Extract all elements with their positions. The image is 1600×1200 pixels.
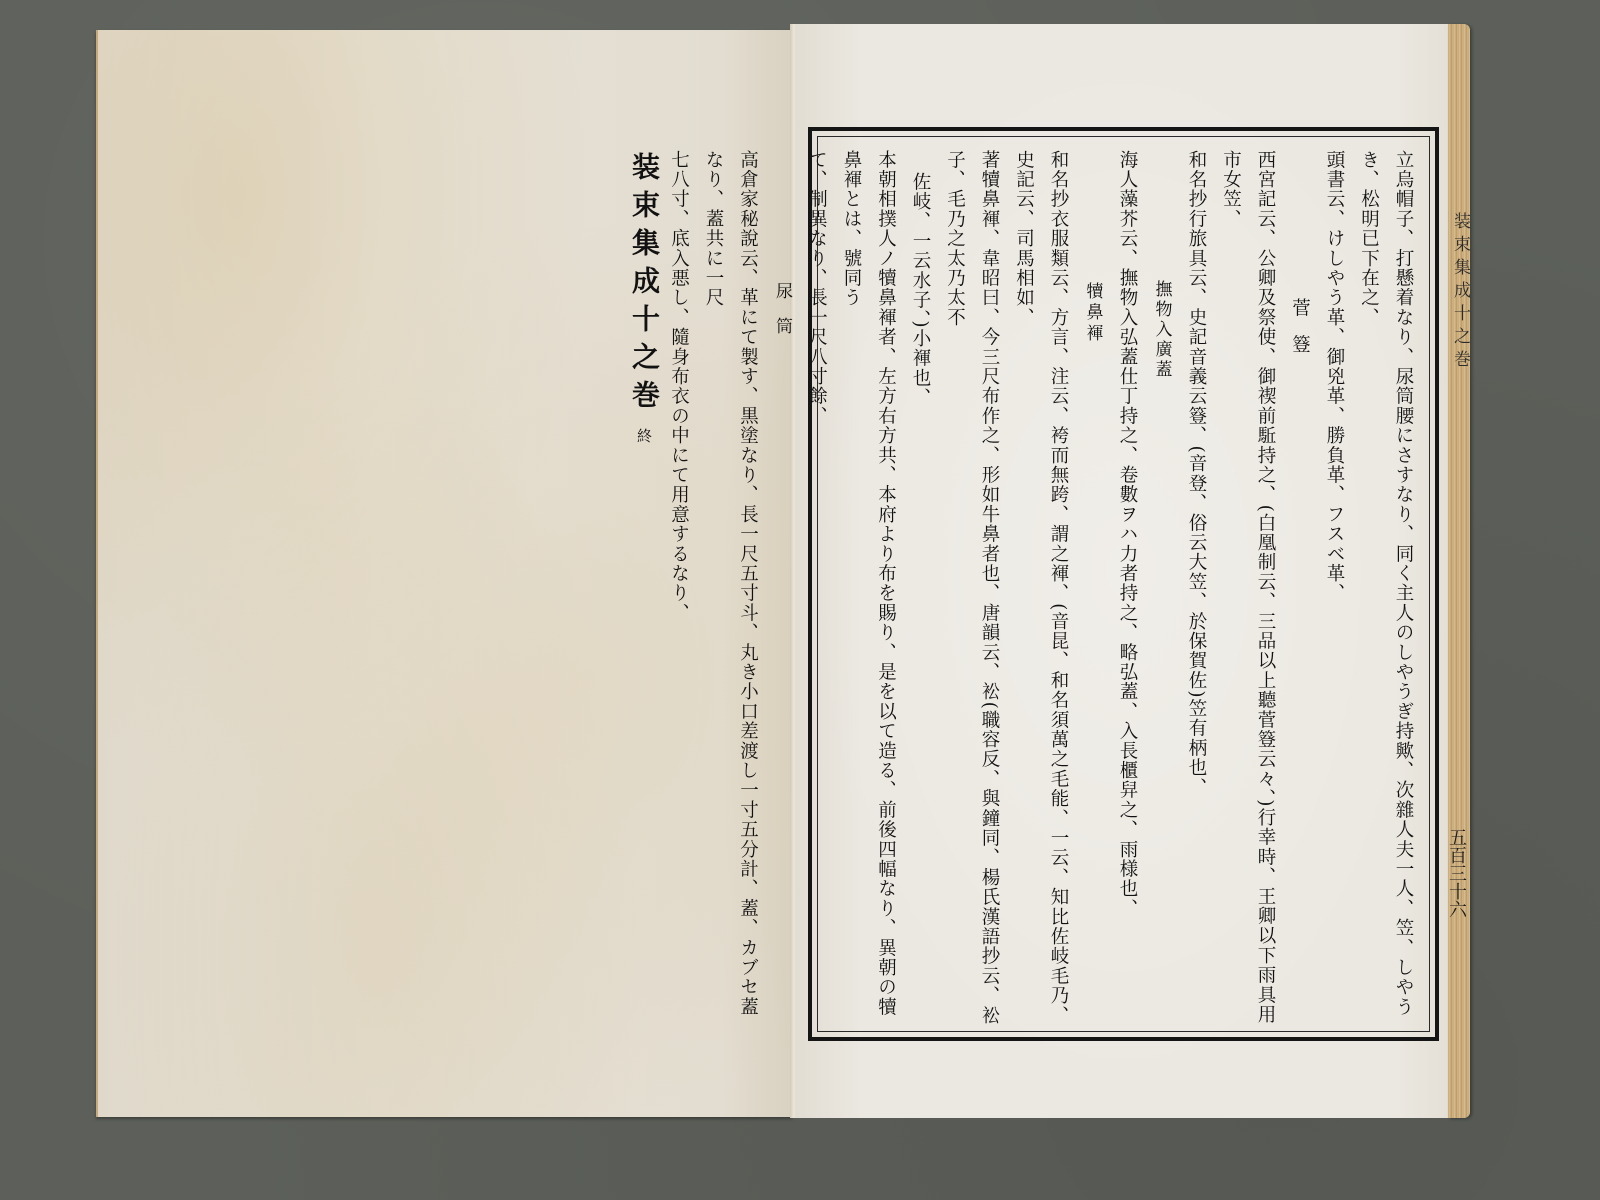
page-number: 五百三十六 bbox=[1447, 828, 1465, 918]
section-heading: 撫物入廣蓋 bbox=[1144, 150, 1179, 1030]
closing-volume-title: 装束集成十之巻終 bbox=[627, 150, 662, 1030]
section-heading: 尿筒 bbox=[765, 150, 800, 1030]
text-column: 海人藻芥云、撫物入弘蓋仕丁持之、卷數ヲハ力者持之、略弘蓋、入長櫃舁之、雨様也、 bbox=[1110, 150, 1145, 1030]
text-column: 西宮記云、公卿及祭使、御禊前駈持之、(白凰制云、三品以上聽菅簦云々、)行幸時、王… bbox=[1213, 150, 1282, 1030]
section-heading: 菅簦 bbox=[1282, 150, 1317, 1030]
text-column: 和名抄行旅具云、史記音義云簦、(音登、俗云大笠、於保賀佐)笠有柄也、 bbox=[1179, 150, 1214, 1030]
end-mark: 終 bbox=[635, 418, 653, 443]
text-column: て、制異なり、長一尺八寸餘、 bbox=[799, 150, 834, 1030]
running-head: 装束集成十之巻 bbox=[1448, 212, 1473, 373]
page-fore-edge bbox=[1448, 24, 1470, 1118]
vertical-text-block: 立烏帽子、打懸着なり、尿筒腰にさすなり、同く主人のしやうぎ持歟、次雜人夫一人、笠… bbox=[820, 150, 1420, 1030]
text-column: 和名抄衣服類云、方言、注云、袴而無跨、謂之褌、(音昆、和名須萬之毛能、一云、知比… bbox=[1006, 150, 1075, 1030]
text-column: 本朝相撲人ノ犢鼻褌者、左方右方共、本府より布を賜り、是を以て造る、前後四幅なり、… bbox=[834, 150, 903, 1030]
text-column: 七八寸、底入悪し、隨身布衣の中にて用意するなり、 bbox=[661, 150, 696, 1030]
open-book: 装束集成十之巻 五百三十六 立烏帽子、打懸着なり、尿筒腰にさすなり、同く主人のし… bbox=[0, 0, 1600, 1200]
text-column: 頭書云、けしやう革、御兇革、勝負革、フスベ革、 bbox=[1317, 150, 1352, 1030]
text-column: 著犢鼻褌、韋昭曰、今三尺布作之、形如牛鼻者也、唐韻云、衳(職容反、與鐘同、楊氏漢… bbox=[937, 150, 1006, 1030]
text-column: 立烏帽子、打懸着なり、尿筒腰にさすなり、同く主人のしやうぎ持歟、次雜人夫一人、笠… bbox=[1351, 150, 1420, 1030]
text-column: 高倉家秘說云、革にて製す、黒塗なり、長一尺五寸斗、丸き小口差渡し一寸五分計、蓋、… bbox=[696, 150, 765, 1030]
closing-title-text: 装束集成十之巻 bbox=[628, 152, 661, 418]
text-column: 佐岐、一云水子、)小褌也、 bbox=[903, 150, 938, 1030]
section-heading: 犢鼻褌 bbox=[1075, 150, 1110, 1030]
